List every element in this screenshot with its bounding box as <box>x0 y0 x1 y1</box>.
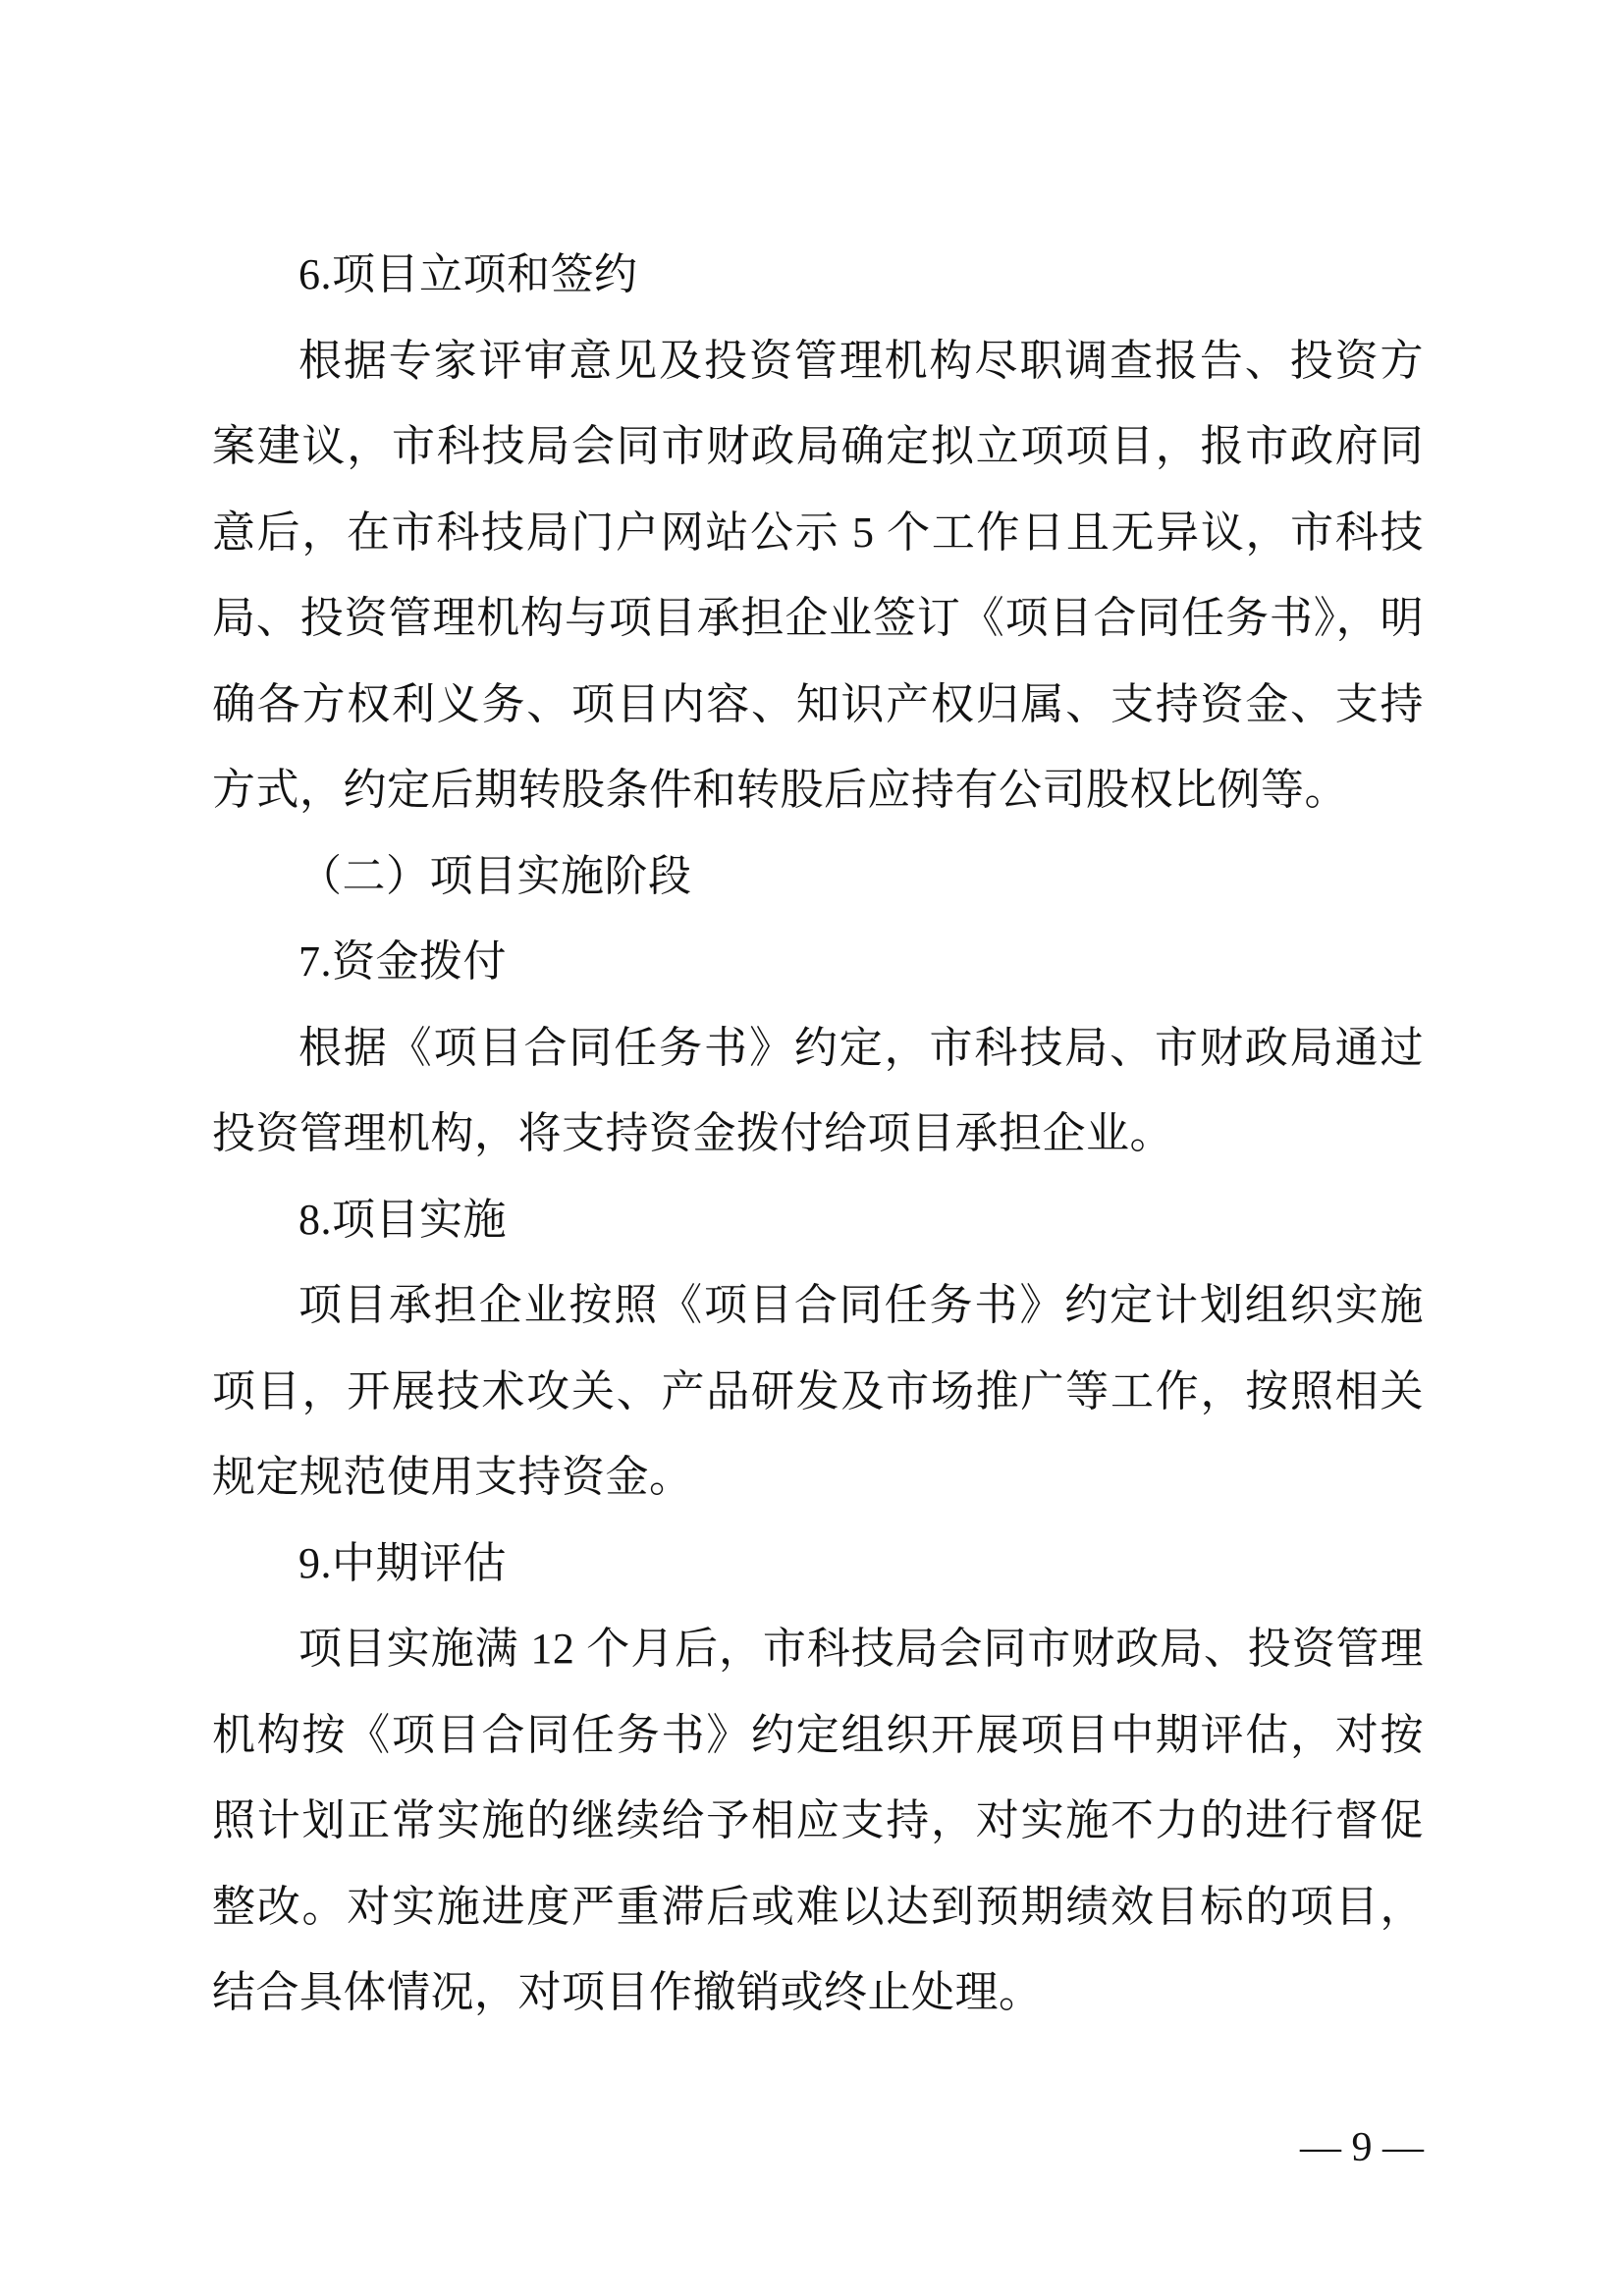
heading-section-7: 7.资金拨付 <box>212 919 1424 1005</box>
paragraph-section-7: 根据《项目合同任务书》约定，市科技局、市财政局通过投资管理机构，将支持资金拨付给… <box>212 1005 1424 1177</box>
heading-section-6: 6.项目立项和签约 <box>212 232 1424 318</box>
paragraph-section-8: 项目承担企业按照《项目合同任务书》约定计划组织实施项目，开展技术攻关、产品研发及… <box>212 1262 1424 1521</box>
document-page: 6.项目立项和签约 根据专家评审意见及投资管理机构尽职调查报告、投资方案建议，市… <box>0 0 1624 2296</box>
paragraph-section-6: 根据专家评审意见及投资管理机构尽职调查报告、投资方案建议，市科技局会同市财政局确… <box>212 318 1424 833</box>
heading-section-9: 9.中期评估 <box>212 1521 1424 1607</box>
heading-section-8: 8.项目实施 <box>212 1177 1424 1263</box>
paragraph-section-9: 项目实施满 12 个月后，市科技局会同市财政局、投资管理机构按《项目合同任务书》… <box>212 1606 1424 2036</box>
heading-stage-2: （二）项目实施阶段 <box>212 833 1424 920</box>
document-body: 6.项目立项和签约 根据专家评审意见及投资管理机构尽职调查报告、投资方案建议，市… <box>212 232 1424 2036</box>
page-number: — 9 — <box>212 2123 1424 2172</box>
